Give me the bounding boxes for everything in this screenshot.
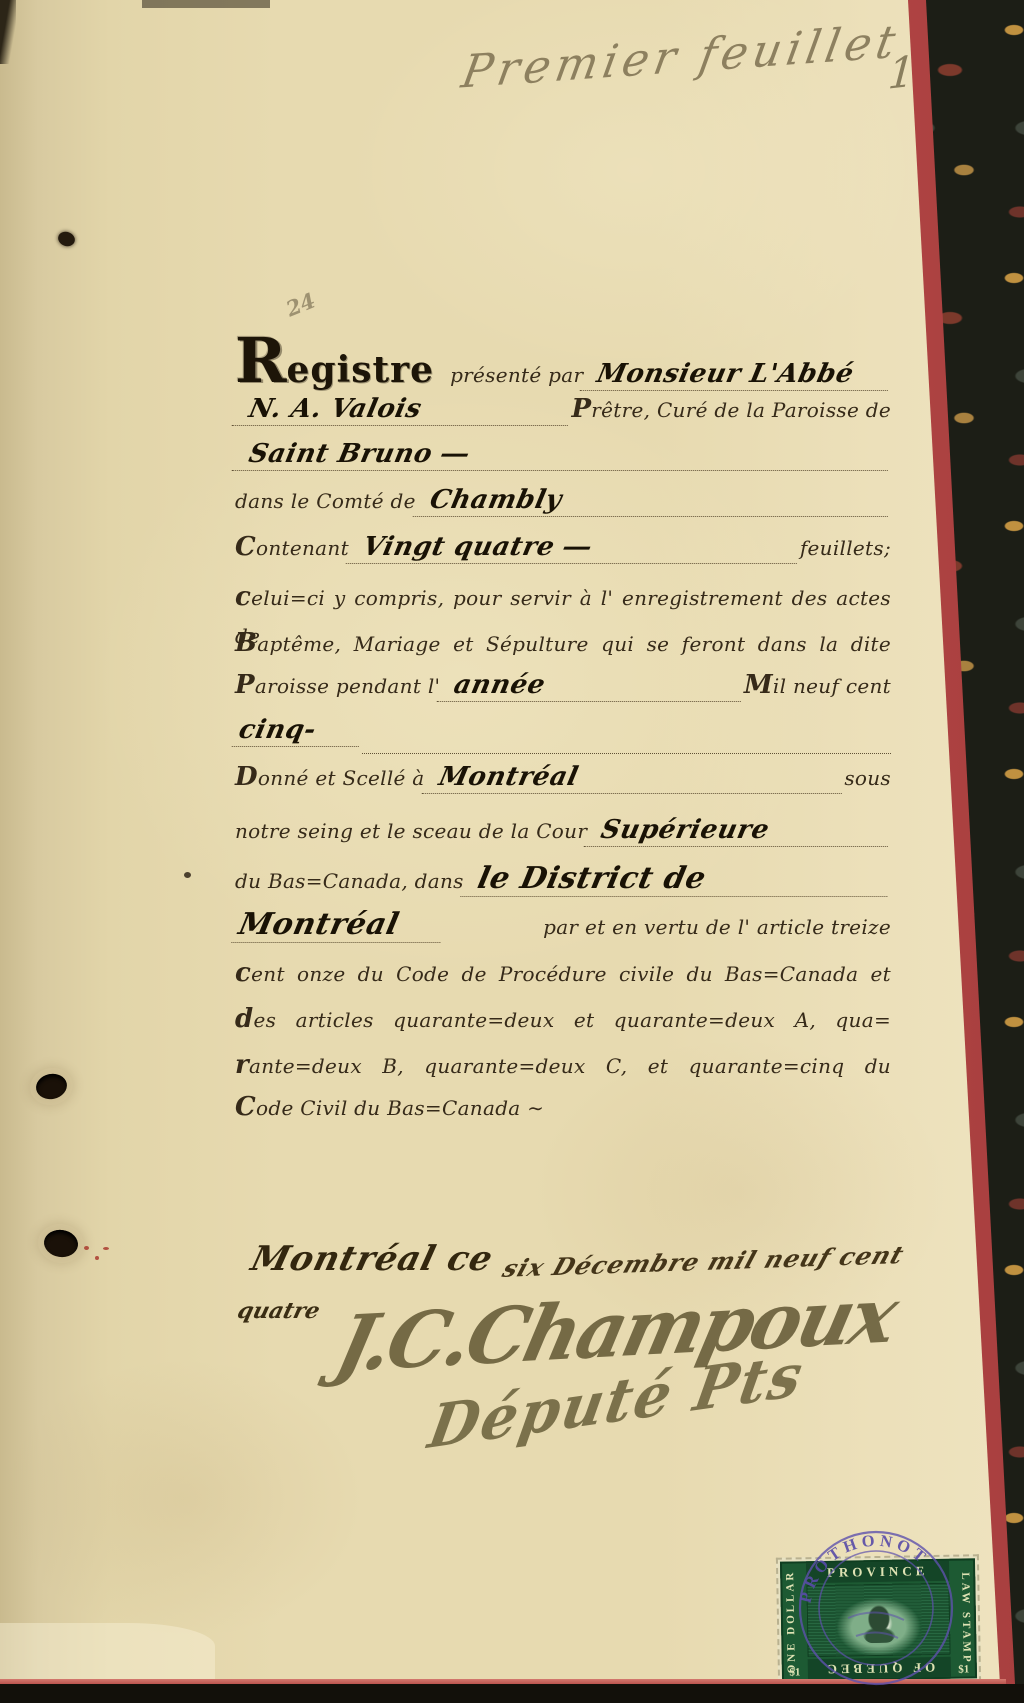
written-entry-court: Supérieure <box>584 816 894 847</box>
printed-text: du Bas=Canada, dans <box>235 869 464 893</box>
form-line-printed: des articles quarante=deux et quarante=d… <box>235 1000 891 1046</box>
punch-hole <box>34 1071 70 1102</box>
stamp-inner-circle <box>819 1551 933 1665</box>
written-entry-district: le District de <box>460 862 895 897</box>
punch-hole <box>42 1228 79 1259</box>
form-line-printed: celui=ci y compris, pour servir à l' enr… <box>235 578 891 624</box>
printed-text: Mil neuf cent <box>744 670 891 701</box>
form-line-civil-code: Code Civil du Bas=Canada ∼ <box>235 1092 891 1138</box>
printed-text: Contenant <box>235 532 349 563</box>
written-entry-year-word: année <box>437 671 747 702</box>
printed-text: Donné et Scellé à <box>235 762 425 793</box>
bottom-left-paper-highlight <box>0 1623 215 1681</box>
written-entry-folio-count: Vingt quatre ― <box>346 533 803 564</box>
stamp-interior-mark <box>856 1632 898 1638</box>
closing-dateline: Montréal ce six Décembre mil neuf cent <box>252 1242 901 1276</box>
form-line-parish: Saint Bruno ― <box>235 440 891 486</box>
form-line-year: Paroisse pendant l' année Mil neuf cent <box>235 670 891 716</box>
closing-place: Montréal ce <box>248 1242 497 1276</box>
register-title-word: Registre <box>235 330 434 392</box>
form-line-priest: N. A. Valois Prêtre, Curé de la Paroisse… <box>235 394 891 440</box>
red-speck <box>84 1246 89 1250</box>
fill-rule <box>362 751 891 754</box>
printed-text: feuillets; <box>800 536 891 560</box>
stamp-interior-mark <box>848 1612 904 1620</box>
printed-text: Code Civil du Bas=Canada ∼ <box>235 1092 544 1123</box>
printed-text: Paroisse pendant l' <box>235 670 440 701</box>
form-line-printed: Baptême, Mariage et Sépulture qui se fer… <box>235 624 891 670</box>
red-speck <box>103 1247 109 1250</box>
form-line-printed: rante=deux B, quarante=deux C, et quaran… <box>235 1046 891 1092</box>
written-entry-year-cont: cinq- <box>232 716 365 747</box>
form-line-district: du Bas=Canada, dans le District de <box>235 862 891 908</box>
written-entry-district-city: Montréal <box>231 908 448 943</box>
written-entry-parish: Saint Bruno ― <box>232 440 895 471</box>
printed-text: présenté par <box>450 363 583 387</box>
printed-text: dans le Comté de <box>235 489 416 513</box>
ink-blot <box>56 230 77 249</box>
written-entry-county: Chambly <box>413 486 895 517</box>
written-entry-city: Montréal <box>421 763 847 794</box>
top-left-corner-shadow <box>0 0 16 64</box>
written-entry-presenter: Monsieur L'Abbé <box>580 360 894 391</box>
written-entry-priest-name: N. A. Valois <box>232 395 575 426</box>
top-edge-shadow <box>142 0 270 8</box>
register-title-page: Premier feuillet 1 24 Registre présenté … <box>0 0 1024 1703</box>
form-line-district-cont: Montréal par et en vertu de l' article t… <box>235 908 891 954</box>
printed-text: Prêtre, Curé de la Paroisse de <box>571 394 891 425</box>
form-line-given-sealed: Donné et Scellé à Montréal sous <box>235 762 891 816</box>
form-line-title: Registre présenté par Monsieur L'Abbé <box>235 330 891 394</box>
pencil-mark: 24 <box>283 289 318 319</box>
header-note: Premier feuillet <box>459 18 904 94</box>
red-speck <box>95 1256 99 1260</box>
prothonotary-arc-text: PROTHONOT <box>796 1531 933 1605</box>
form-line-county: dans le Comté de Chambly <box>235 486 891 532</box>
ink-blot <box>184 872 191 878</box>
closing-date-continuation: quatre <box>235 1300 322 1322</box>
form-line-printed: cent onze du Code de Procédure civile du… <box>235 954 891 1000</box>
form-line-year-cont: cinq- <box>235 716 891 762</box>
form-line-court: notre seing et le sceau de la Cour Supér… <box>235 816 891 862</box>
printed-text: par et en vertu de l' article treize <box>460 915 891 939</box>
printed-text: sous <box>844 766 891 790</box>
prothonotary-stamp: PROTHONOT <box>786 1508 966 1698</box>
form-line-folios: Contenant Vingt quatre ― feuillets; <box>235 532 891 578</box>
register-form: Registre présenté par Monsieur L'Abbé N.… <box>235 330 891 1138</box>
printed-text: notre seing et le sceau de la Cour <box>235 819 587 843</box>
